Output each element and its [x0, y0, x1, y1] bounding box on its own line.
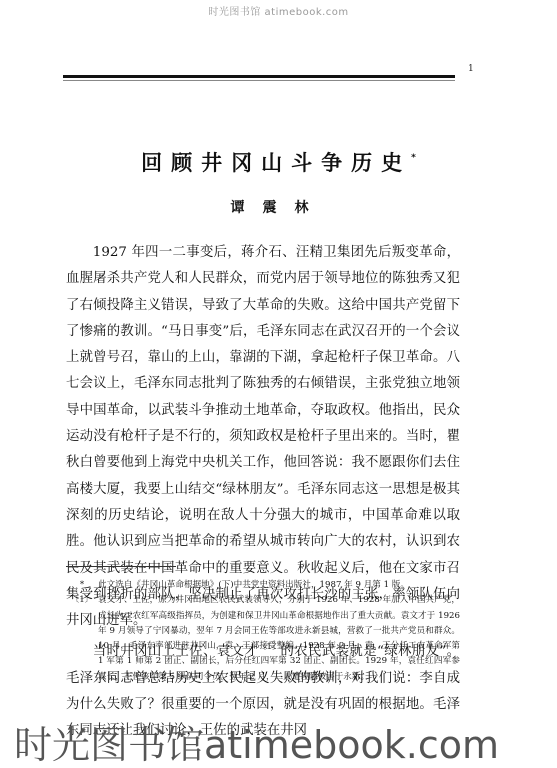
- footnote-marker: 〔1〕: [66, 593, 98, 685]
- footnote-text: 袁文才、王佐，原为井冈山地区农民武装领导人，分别于 1926 年、1928 年加…: [98, 593, 460, 685]
- watermark-bottom: 时光图书馆atimebook.com: [14, 714, 499, 768]
- header-rule: [63, 75, 455, 78]
- footnote-item: * 此文选自《井冈山革命根据地》(下)中共党史资料出版社，1987 年 9 月第…: [66, 578, 460, 593]
- footnote-rule: [66, 566, 176, 567]
- footnote-text: 此文选自《井冈山革命根据地》(下)中共党史资料出版社，1987 年 9 月第 1…: [98, 578, 460, 593]
- watermark-top: 时光图书馆 atimebook.com: [0, 3, 557, 18]
- paragraph: 1927 年四一二事变后，蒋介石、汪精卫集团先后叛变革命，血腥屠杀共产党人和人民…: [66, 240, 460, 634]
- title-note-marker: *: [411, 153, 416, 163]
- footnote-item: 〔1〕 袁文才、王佐，原为井冈山地区农民武装领导人，分别于 1926 年、192…: [66, 593, 460, 685]
- article-title-text: 回顾井冈山斗争历史: [141, 151, 411, 175]
- footnote-marker: *: [66, 578, 98, 593]
- article-title: 回顾井冈山斗争历史*: [0, 147, 557, 177]
- article-author: 谭震林: [0, 197, 557, 217]
- footnotes: * 此文选自《井冈山革命根据地》(下)中共党史资料出版社，1987 年 9 月第…: [66, 578, 460, 685]
- page-number: 1: [468, 64, 474, 74]
- header-rule-thin: [63, 80, 455, 81]
